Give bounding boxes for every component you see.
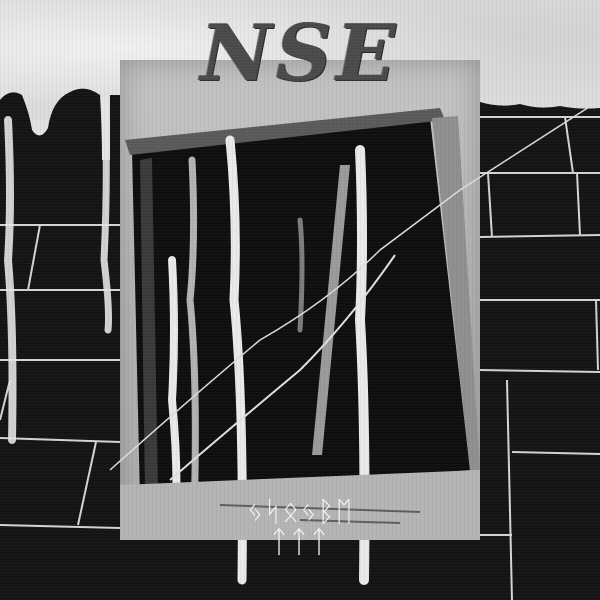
runic-inscription: ᛃᛋᛟᛃᛒᛖ [0, 498, 600, 526]
runic-crosses: ᛏᛏᛏ [0, 528, 600, 558]
album-cover: NSE ᛃᛋᛟᛃᛒᛖ ᛏᛏᛏ [0, 0, 600, 600]
band-logo: NSE [0, 8, 600, 99]
